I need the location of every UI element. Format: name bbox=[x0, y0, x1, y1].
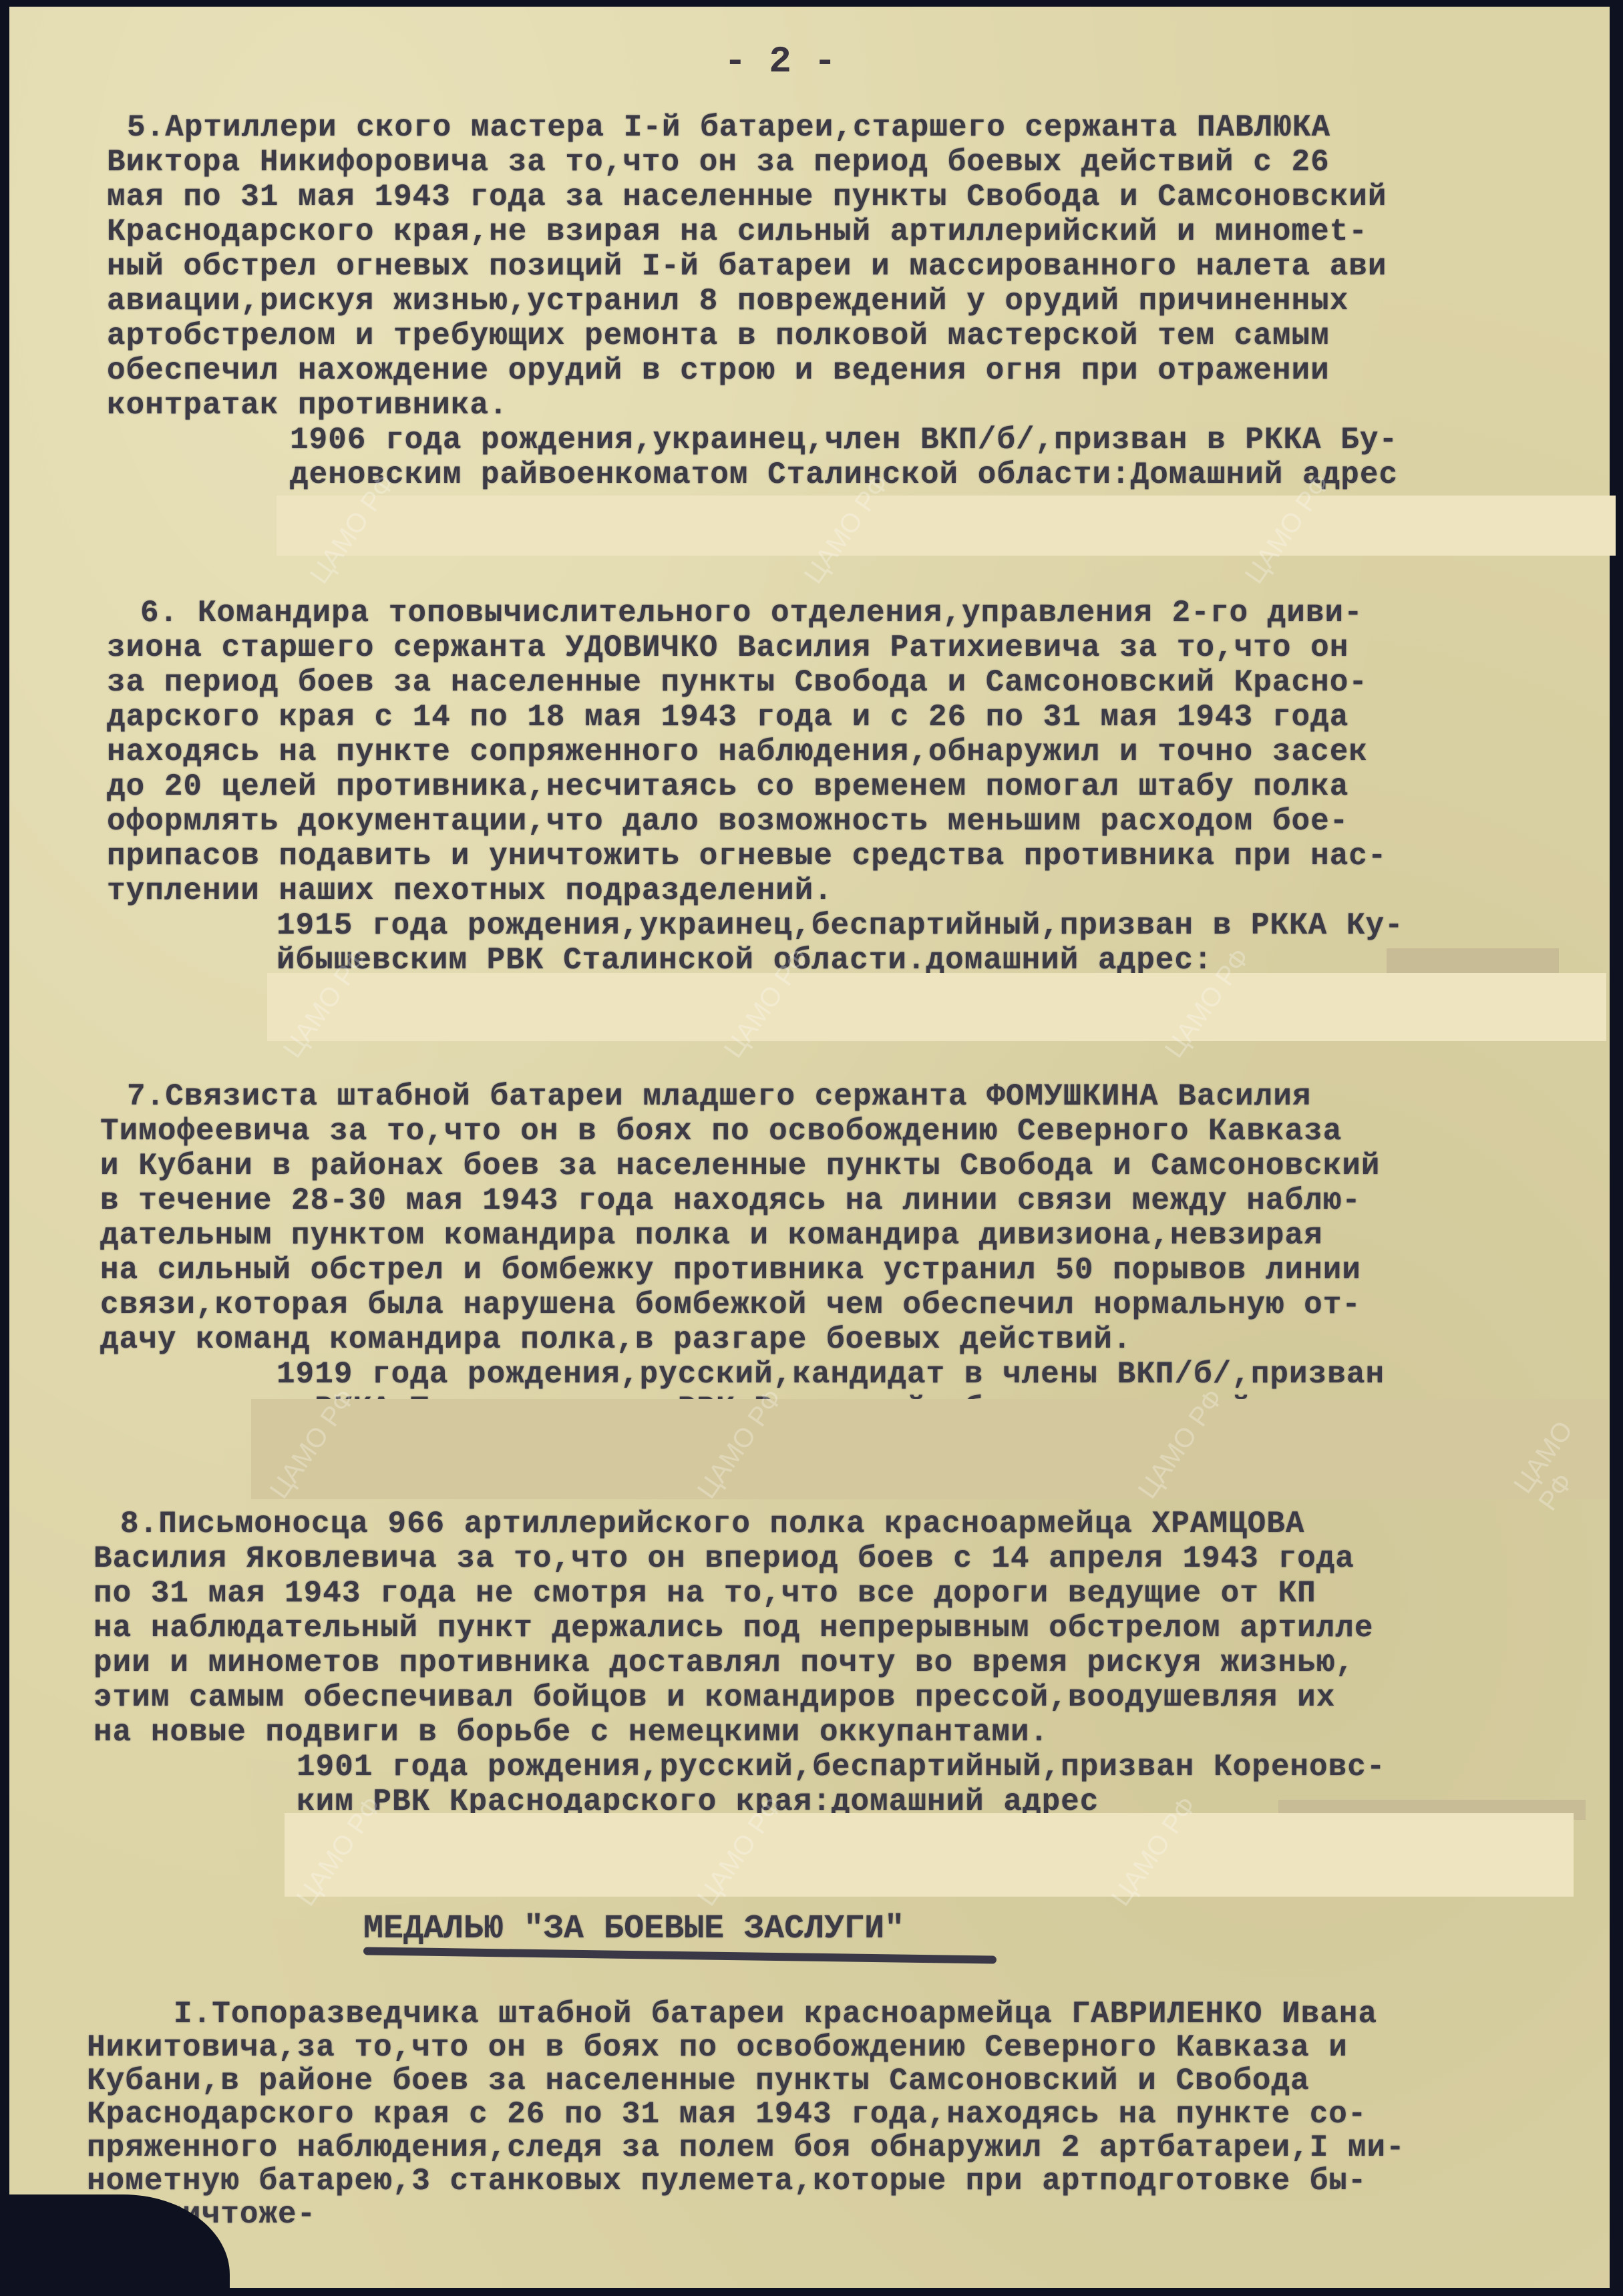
bio-line: 1915 года рождения,украинец,беспартийный… bbox=[277, 908, 1404, 943]
bio-line: 1906 года рождения,украинец,член ВКП/б/,… bbox=[290, 423, 1398, 457]
text-line: на новые подвиги в борьбе с немецкими ок… bbox=[94, 1715, 1049, 1750]
text-line: туплении наших пехотных подразделений. bbox=[107, 874, 833, 908]
text-line: I.Топоразведчика штабной батареи красноа… bbox=[174, 1997, 1377, 2032]
text-line: находясь на пункте сопряженного наблюден… bbox=[107, 735, 1368, 769]
text-line: припасов подавить и уничтожить огневые с… bbox=[107, 839, 1387, 874]
text-line: по 31 мая 1943 года не смотря на то,что … bbox=[94, 1576, 1316, 1611]
text-line: Кубани,в районе боев за населенные пункт… bbox=[87, 2064, 1310, 2098]
page-number: - 2 - bbox=[724, 40, 836, 83]
document-page: - 2 - 5.Артиллери ского мастера I-й бата… bbox=[9, 7, 1610, 2288]
text-line: артобстрелом и требующих ремонта в полко… bbox=[107, 319, 1330, 353]
text-line: пряженного наблюдения,следя за полем боя… bbox=[87, 2130, 1405, 2165]
text-line: за период боев за населенные пункты Своб… bbox=[107, 665, 1368, 700]
text-line: этим самым обеспечивал бойцов и командир… bbox=[94, 1680, 1335, 1715]
text-line: и Кубани в районах боев за населенные пу… bbox=[100, 1149, 1381, 1183]
text-line: дачу команд командира полка,в разгаре бо… bbox=[100, 1322, 1132, 1357]
text-line: нометную батарею,3 станковых пулемета,ко… bbox=[87, 2164, 1367, 2198]
text-line: 8.Письмоносца 966 артиллерийского полка … bbox=[120, 1507, 1304, 1541]
text-line: 7.Связиста штабной батареи младшего серж… bbox=[127, 1079, 1311, 1114]
text-line: авиации,рискуя жизнью,устранил 8 поврежд… bbox=[107, 284, 1348, 319]
bio-line: деновским райвоенкоматом Сталинской обла… bbox=[290, 457, 1398, 492]
text-line: Василия Яковлевича за то,что он впериод … bbox=[94, 1541, 1355, 1576]
text-line: Виктора Никифоровича за то,что он за пер… bbox=[107, 145, 1330, 180]
text-line: мая по 31 мая 1943 года за населенные пу… bbox=[107, 180, 1387, 214]
text-line: дательным пунктом командира полка и кома… bbox=[100, 1218, 1323, 1253]
heading-underline bbox=[363, 1947, 997, 1963]
text-line: рии и минометов противника доставлял поч… bbox=[94, 1646, 1355, 1680]
text-line: Тимофеевича за то,что он в боях по освоб… bbox=[100, 1114, 1342, 1149]
text-line: Краснодарского края с 26 по 31 мая 1943 … bbox=[87, 2097, 1367, 2132]
text-line: 5.Артиллери ского мастера I-й батареи,ст… bbox=[127, 110, 1330, 145]
redaction-box bbox=[285, 1813, 1574, 1897]
text-line: 6. Командира топовычислительного отделен… bbox=[140, 596, 1363, 630]
text-line: дарского края с 14 по 18 мая 1943 года и… bbox=[107, 700, 1348, 735]
text-line: в течение 28-30 мая 1943 года находясь н… bbox=[100, 1183, 1361, 1218]
text-line: на наблюдательный пункт держались под не… bbox=[94, 1611, 1374, 1646]
text-line: ный обстрел огневых позиций I-й батареи … bbox=[107, 249, 1387, 284]
text-line: оформлять документации,что дало возможно… bbox=[107, 804, 1348, 839]
redaction-box bbox=[277, 496, 1616, 556]
redaction-box bbox=[251, 1399, 1608, 1499]
text-line: до 20 целей противника,несчитаясь со вре… bbox=[107, 769, 1348, 804]
text-line: зиона старшего сержанта УДОВИЧКО Василия… bbox=[107, 630, 1348, 665]
text-line: обеспечил нахождение орудий в строю и ве… bbox=[107, 353, 1330, 388]
bio-line: 1919 года рождения,русский,кандидат в чл… bbox=[277, 1357, 1385, 1392]
text-line: связи,которая была нарушена бомбежкой че… bbox=[100, 1288, 1361, 1322]
redaction-box bbox=[267, 973, 1606, 1041]
text-line: Никитовича,за то,что он в боях по освобо… bbox=[87, 2030, 1348, 2065]
text-line: Краснодарского края,не взирая на сильный… bbox=[107, 214, 1368, 249]
bio-line: 1901 года рождения,русский,беспартийный,… bbox=[297, 1750, 1385, 1784]
section-heading: МЕДАЛЬЮ "ЗА БОЕВЫЕ ЗАСЛУГИ" bbox=[363, 1910, 904, 1948]
text-line: на сильный обстрел и бомбежку противника… bbox=[100, 1253, 1361, 1288]
text-line: контратак противника. bbox=[107, 388, 508, 423]
